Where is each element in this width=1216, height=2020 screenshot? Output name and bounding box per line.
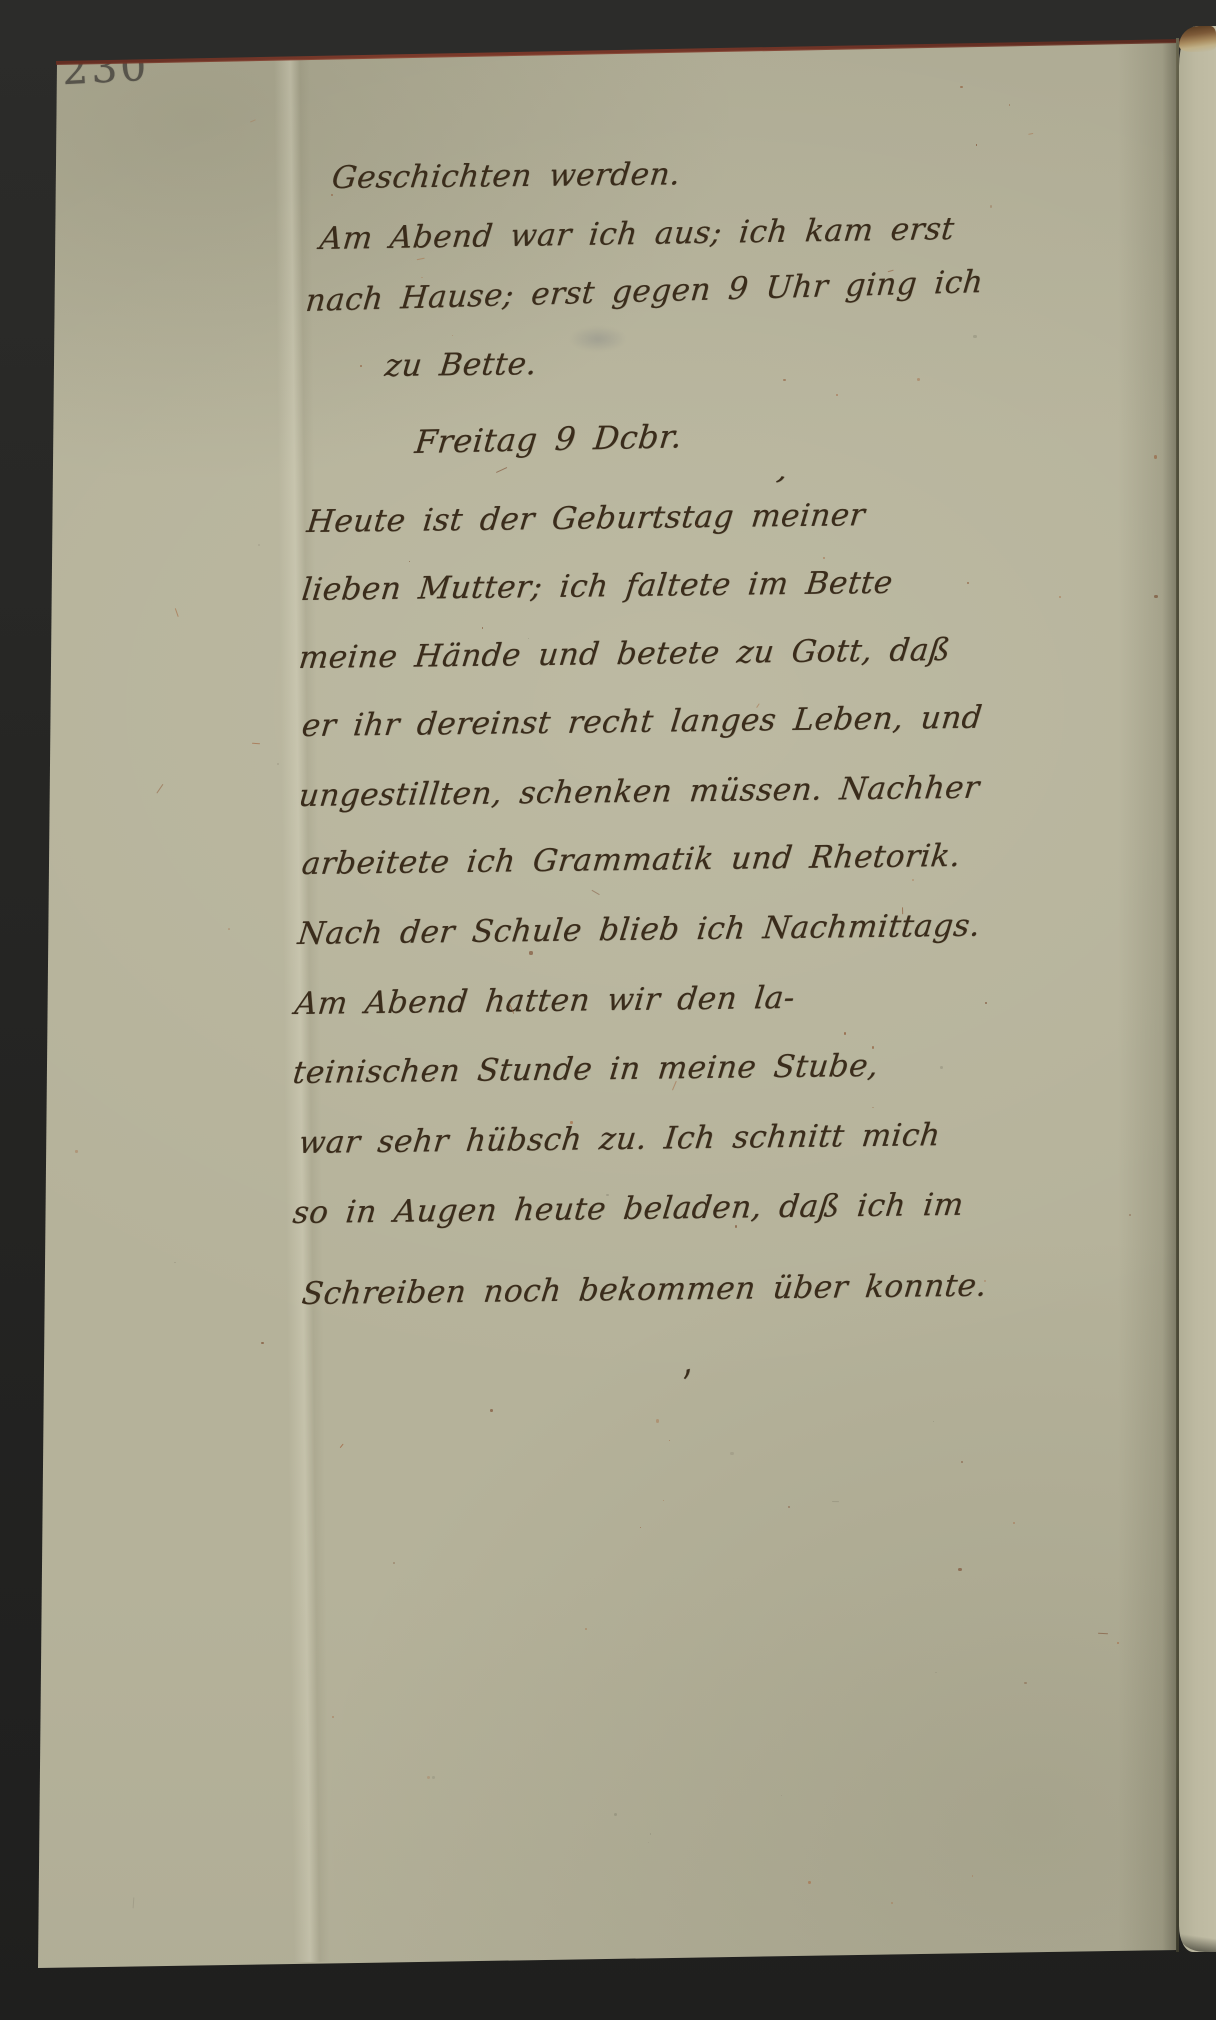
paper-fiber (132, 1897, 134, 1908)
manuscript-line-entry-5: ungestillten, schenken müssen. Nachher (297, 770, 981, 814)
manuscript-line-closing-4: zu Bette. (383, 346, 539, 384)
paper-speck (606, 1194, 609, 1197)
paper-speck (935, 1672, 936, 1673)
paper-speck (529, 951, 532, 954)
paper-speck (75, 1150, 77, 1152)
paper-fiber (1098, 1633, 1108, 1635)
manuscript-line-entry-12: Schreiben noch bekommen über konnte. (300, 1268, 989, 1312)
paper-speck (891, 1902, 893, 1904)
paper-fiber (416, 257, 424, 260)
scanned-manuscript-page: 230 Geschichten werden.Am Abend war ich … (0, 0, 1216, 2020)
paper-speck (640, 1527, 641, 1528)
paper-speck (277, 763, 279, 765)
manuscript-line-entry-3: meine Hände und betete zu Gott, daß (297, 632, 952, 676)
paper-fiber (252, 742, 260, 744)
paper-speck (967, 582, 968, 583)
manuscript-line-closing-3: nach Hause; erst gegen 9 Uhr ging ich (304, 264, 985, 319)
paper-speck (730, 1452, 733, 1455)
paper-fiber (832, 1501, 839, 1503)
paper-speck (1024, 1682, 1027, 1685)
paper-speck (696, 524, 698, 526)
paper-speck (808, 1881, 810, 1883)
paper-fiber (591, 890, 600, 896)
gutter-shadow (1118, 40, 1177, 1952)
paper-speck (663, 1500, 664, 1501)
ink-smudge (560, 322, 636, 356)
paper-speck (570, 1121, 572, 1123)
paper-speck (961, 1461, 963, 1463)
paper-fiber (339, 1444, 343, 1449)
next-page-bottom-shade (1179, 1934, 1216, 1952)
paper-speck (1009, 104, 1010, 105)
paper-speck (973, 335, 976, 338)
paper-speck (817, 652, 819, 654)
paper-speck (490, 1409, 493, 1412)
paper-speck (872, 1107, 874, 1109)
paper-fiber (156, 783, 164, 793)
manuscript-line-entry-9: teinischen Stunde in meine Stube, (291, 1048, 880, 1091)
paper-speck (823, 557, 825, 559)
manuscript-line-entry-11: so in Augen heute beladen, daß ich im (291, 1187, 966, 1231)
paper-speck (452, 335, 453, 336)
next-page-fore-edge (1179, 26, 1216, 1952)
paper-speck (960, 86, 962, 88)
paper-speck (482, 627, 483, 628)
paper-speck (614, 1813, 617, 1816)
paper-fiber (1028, 132, 1033, 134)
paper-speck (650, 1833, 652, 1835)
paper-speck (261, 1342, 264, 1345)
manuscript-line-entry-10: war sehr hübsch zu. Ich schnitt mich (297, 1117, 942, 1161)
manuscript-line-closing-2: Am Abend war ich aus; ich kam erst (318, 211, 956, 257)
paper-speck (990, 205, 992, 207)
manuscript-line-date-heading: Freitag 9 Dcbr. (413, 417, 684, 461)
manuscript-page: 230 Geschichten werden.Am Abend war ich … (0, 0, 1216, 2020)
manuscript-line-entry-8: Am Abend hatten wir den la- (293, 980, 797, 1022)
paper-speck (958, 1568, 961, 1571)
manuscript-line-closing-1: Geschichten werden. (330, 156, 682, 196)
paper-speck (912, 879, 914, 881)
manuscript-line-stray-mark-2: ‚ (676, 1341, 694, 1384)
paper-speck (1013, 1522, 1016, 1525)
paper-speck (976, 144, 977, 145)
paper-speck (332, 1716, 333, 1717)
paper-speck (228, 928, 230, 930)
paper-speck (258, 544, 260, 546)
paper-speck (669, 1440, 671, 1442)
paper-speck (872, 1046, 874, 1048)
paper-speck (972, 1875, 974, 1877)
paper-fiber (174, 608, 178, 617)
paper-speck (844, 1032, 847, 1035)
manuscript-line-entry-4: er ihr dereinst recht langes Leben, und (300, 700, 984, 744)
page-number: 230 (61, 42, 151, 95)
paper-speck (917, 378, 920, 381)
paper-speck (984, 1280, 986, 1282)
paper-speck (781, 1795, 782, 1796)
paper-speck (427, 1776, 430, 1779)
paper-speck (409, 561, 410, 562)
paper-speck (985, 1002, 987, 1004)
paper-speck (421, 277, 423, 279)
paper-speck (432, 1776, 435, 1779)
paper-speck (940, 1066, 943, 1069)
next-page-top-stain (1179, 26, 1216, 52)
paper-speck (1059, 596, 1061, 598)
paper-speck (331, 194, 333, 196)
manuscript-line-entry-6: arbeitete ich Grammatik und Rhetorik. (300, 838, 963, 882)
manuscript-line-entry-2: lieben Mutter; ich faltete im Bette (300, 565, 895, 608)
paper-speck (783, 379, 786, 382)
paper-speck (585, 1628, 587, 1630)
paper-speck (648, 1842, 649, 1843)
manuscript-line-entry-7: Nach der Schule blieb ich Nachmittags. (296, 908, 982, 952)
paper-fiber (902, 907, 904, 914)
paper-speck (360, 365, 362, 367)
paper-speck (836, 394, 838, 396)
paper-fiber (250, 119, 256, 123)
paper-fiber (496, 467, 507, 473)
paper-speck (788, 1506, 790, 1508)
paper-speck (393, 1562, 395, 1564)
paper-speck (174, 1262, 175, 1263)
manuscript-line-entry-1: Heute ist der Geburtstag meiner (305, 497, 867, 540)
paper-speck (656, 1419, 659, 1422)
paper-speck (933, 1421, 934, 1422)
